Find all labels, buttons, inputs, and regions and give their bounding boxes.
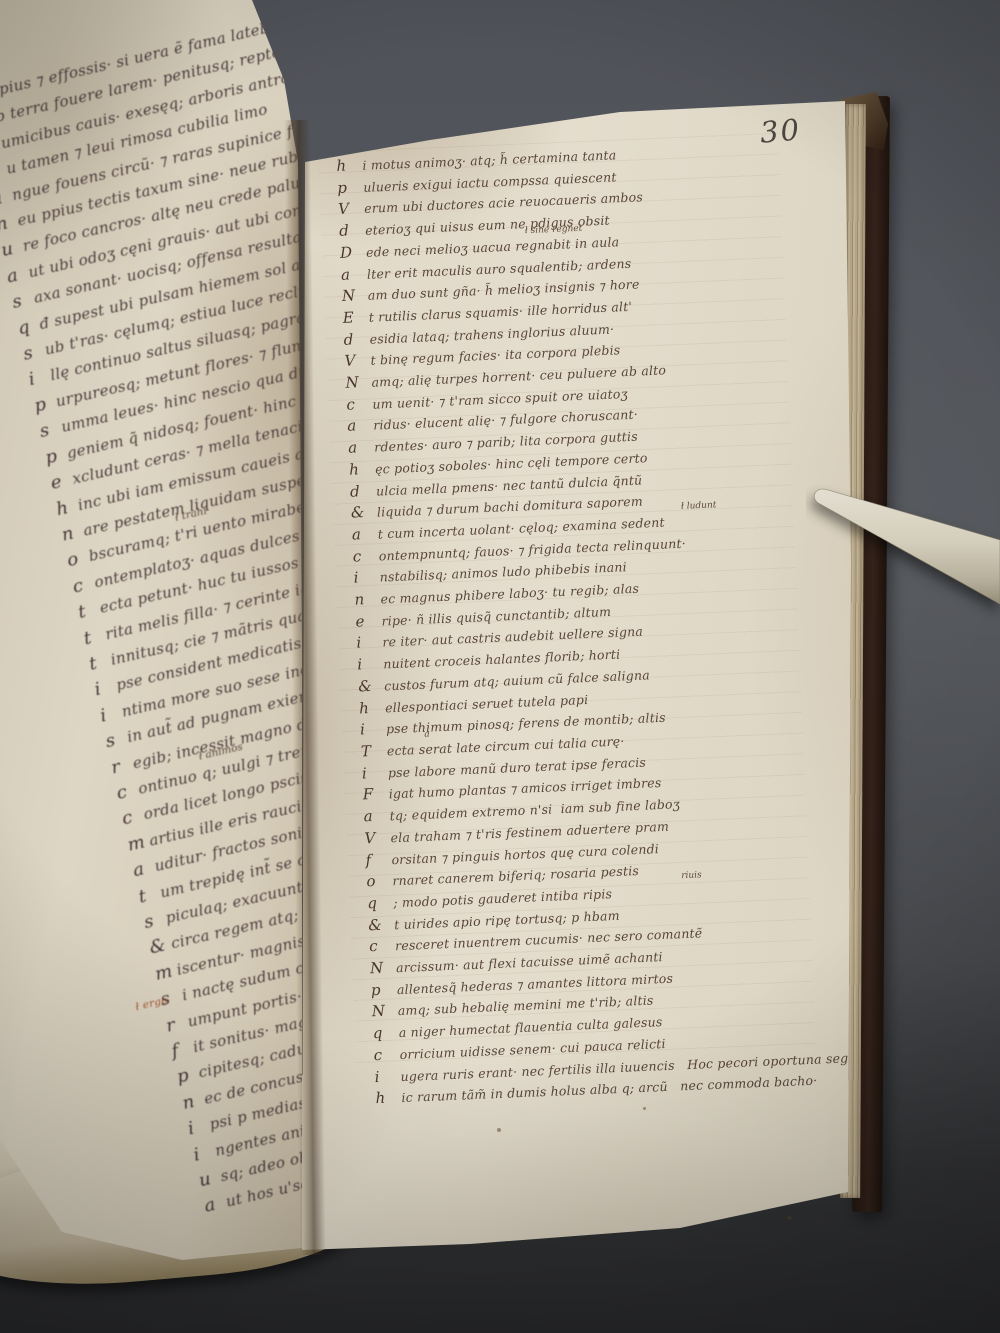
line-initial: a xyxy=(351,524,378,546)
line-initial: a xyxy=(363,805,390,827)
line-initial: N xyxy=(371,1001,398,1023)
line-initial: & xyxy=(368,914,395,936)
line-initial: d xyxy=(339,220,366,242)
line-initial: h xyxy=(375,1087,402,1109)
line-initial: V xyxy=(344,350,371,372)
line-initial: p xyxy=(371,979,398,1001)
line-initial: F xyxy=(362,784,389,806)
line-initial: c xyxy=(346,393,373,415)
speck xyxy=(787,1216,792,1220)
speck xyxy=(497,1128,501,1132)
left-page-text: sepius ⁊ effossis· si uera ẽ fama latebr… xyxy=(0,0,312,1220)
line-initial: n xyxy=(354,589,381,611)
line-initial: q xyxy=(372,1022,399,1044)
line-initial: a xyxy=(341,263,368,285)
line-initial: o xyxy=(366,870,393,892)
line-initial: d xyxy=(343,328,370,350)
line-initial: i xyxy=(357,654,384,676)
line-initial: & xyxy=(351,502,378,524)
line-initial: a xyxy=(348,437,375,459)
line-initial: c xyxy=(369,936,396,958)
line-initial: h xyxy=(349,458,376,480)
line-initial: q xyxy=(367,892,394,914)
line-initial: D xyxy=(340,242,367,264)
line-initial: i xyxy=(361,762,388,784)
line-initial: d xyxy=(350,480,377,502)
line-initial: & xyxy=(358,675,385,697)
interlinear-gloss: ł sine regnet xyxy=(525,225,583,236)
line-initial: c xyxy=(373,1044,400,1066)
line-initial: h xyxy=(359,697,386,719)
line-initial: e xyxy=(355,610,382,632)
manuscript-photo: sepius ⁊ effossis· si uera ẽ fama latebr… xyxy=(0,0,1000,1333)
line-initial: h xyxy=(336,155,363,177)
left-page: sepius ⁊ effossis· si uera ẽ fama latebr… xyxy=(0,0,312,1270)
interlinear-gloss: ł ludunt xyxy=(681,501,717,511)
line-initial: a xyxy=(347,415,374,437)
bone-folder-pointer xyxy=(806,452,1000,622)
line-initial: c xyxy=(352,545,379,567)
line-initial: V xyxy=(364,827,391,849)
line-initial: i xyxy=(374,1066,401,1088)
line-initial: N xyxy=(341,285,368,307)
line-initial: i xyxy=(353,567,380,589)
interlinear-gloss: riuis xyxy=(681,871,702,881)
line-initial: i xyxy=(360,719,387,741)
line-initial: V xyxy=(338,198,365,220)
interlinear-gloss: a xyxy=(424,731,430,740)
line-initial: p xyxy=(337,177,364,199)
line-initial: i xyxy=(356,632,383,654)
line-initial: N xyxy=(370,957,397,979)
speck xyxy=(643,1107,646,1110)
line-initial: f xyxy=(365,849,392,871)
line-initial: N xyxy=(345,372,372,394)
right-page-text: hi motus animoʒ· atq; h̃ certamina tanta… xyxy=(336,138,806,1110)
line-initial: E xyxy=(342,307,369,329)
line-initial: T xyxy=(361,740,388,762)
